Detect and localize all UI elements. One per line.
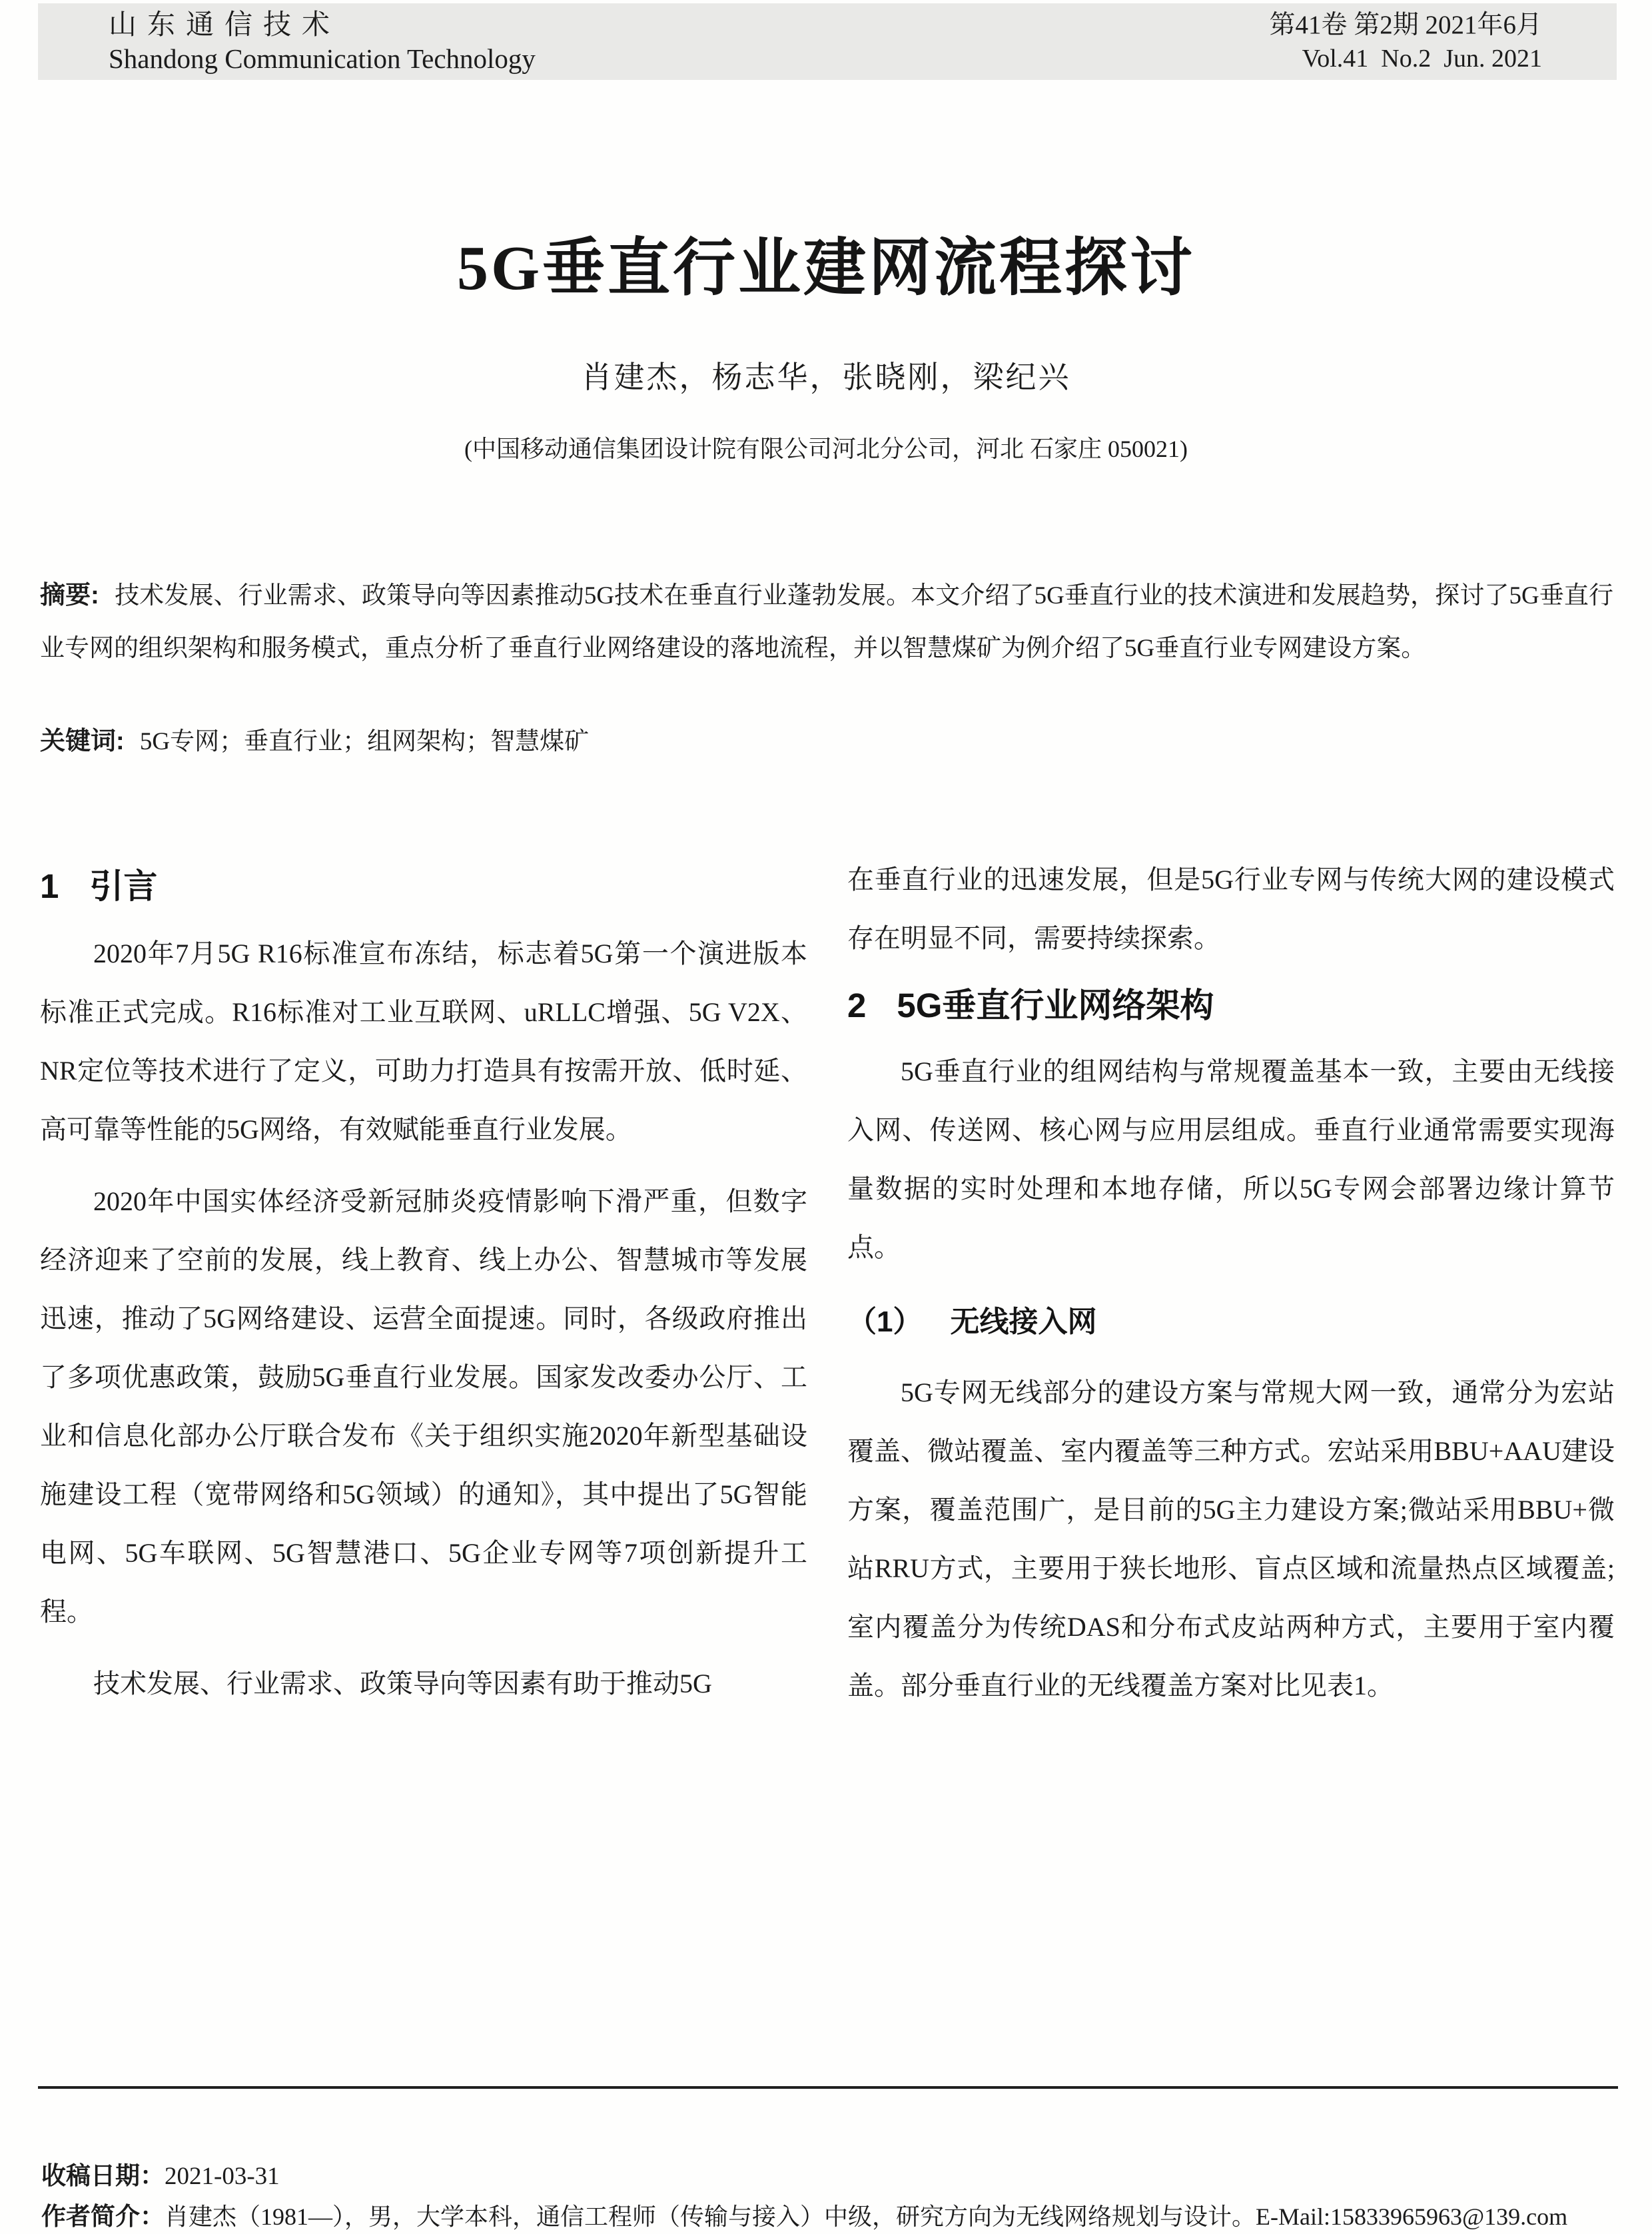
- paragraph-3-right: 在垂直行业的迅速发展，但是5G行业专网与传统大网的建设模式存在明显不同，需要持续…: [847, 851, 1615, 968]
- abstract-text: 技术发展、行业需求、政策导向等因素推动5G技术在垂直行业蓬勃发展。本文介绍了5G…: [40, 582, 1613, 662]
- footer-rule: [38, 2086, 1618, 2089]
- subsection-1-heading: （1）无线接入网: [847, 1303, 1615, 1341]
- subsection-1-title: 无线接入网: [950, 1305, 1096, 1338]
- author-bio-line: 作者简介：肖建杰（1981—），男，大学本科，通信工程师（传输与接入）中级，研究…: [41, 2196, 1640, 2232]
- received-date-line: 收稿日期：2021-03-31: [41, 2155, 1613, 2191]
- body-column-left: 1引言 2020年7月5G R16标准宣布冻结，标志着5G第一个演进版本标准正式…: [40, 866, 807, 1726]
- paragraph-1: 2020年7月5G R16标准宣布冻结，标志着5G第一个演进版本标准正式完成。R…: [40, 925, 807, 1159]
- received-date-value: 2021-03-31: [165, 2163, 280, 2190]
- article-affiliation: (中国移动通信集团设计院有限公司河北分公司，河北 石家庄 050021): [0, 430, 1652, 464]
- issue-info-cn: 第41卷 第2期 2021年6月: [1269, 9, 1542, 42]
- subsection-1-number: （1）: [847, 1305, 922, 1338]
- section-1-heading: 1引言: [40, 866, 807, 907]
- abstract-label: 摘要:: [40, 581, 99, 609]
- body-column-right: 在垂直行业的迅速发展，但是5G行业专网与传统大网的建设模式存在明显不同，需要持续…: [847, 851, 1615, 1728]
- paper-page: 山东通信技术 Shandong Communication Technology…: [0, 0, 1652, 2234]
- author-bio-text: 肖建杰（1981—），男，大学本科，通信工程师（传输与接入）中级，研究方向为无线…: [165, 2203, 1567, 2230]
- author-bio-label: 作者简介：: [41, 2203, 165, 2230]
- keywords-line: 关键词: 5G专网；垂直行业；组网架构；智慧煤矿: [40, 726, 1613, 757]
- section-2-heading: 25G垂直行业网络架构: [847, 985, 1615, 1026]
- journal-header-bar: 山东通信技术 Shandong Communication Technology…: [38, 3, 1617, 80]
- paragraph-3-left: 技术发展、行业需求、政策导向等因素有助于推动5G: [40, 1655, 807, 1713]
- section-2-title: 5G垂直行业网络架构: [897, 986, 1214, 1024]
- paragraph-2: 2020年中国实体经济受新冠肺炎疫情影响下滑严重，但数字经济迎来了空前的发展，线…: [40, 1172, 807, 1641]
- section-1-title: 引言: [89, 867, 157, 905]
- issue-info-block: 第41卷 第2期 2021年6月 Vol.41 No.2 Jun. 2021: [1269, 9, 1542, 75]
- journal-name-block: 山东通信技术 Shandong Communication Technology: [109, 9, 536, 75]
- keywords-text: 5G专网；垂直行业；组网架构；智慧煤矿: [140, 728, 589, 755]
- section-2-number: 2: [847, 986, 866, 1024]
- article-authors: 肖建杰，杨志华，张晓刚，梁纪兴: [0, 353, 1652, 397]
- section-1-number: 1: [40, 867, 59, 905]
- issue-info-en: Vol.41 No.2 Jun. 2021: [1269, 42, 1542, 75]
- paragraph-4: 5G垂直行业的组网结构与常规覆盖基本一致，主要由无线接入网、传送网、核心网与应用…: [847, 1042, 1615, 1277]
- abstract-paragraph: 摘要: 技术发展、行业需求、政策导向等因素推动5G技术在垂直行业蓬勃发展。本文介…: [40, 569, 1613, 675]
- received-date-label: 收稿日期：: [41, 2162, 165, 2189]
- journal-name-cn: 山东通信技术: [109, 9, 536, 42]
- journal-name-en: Shandong Communication Technology: [109, 42, 536, 75]
- paragraph-5: 5G专网无线部分的建设方案与常规大网一致，通常分为宏站覆盖、微站覆盖、室内覆盖等…: [847, 1363, 1615, 1715]
- keywords-label: 关键词:: [40, 727, 125, 755]
- article-title: 5G垂直行业建网流程探讨: [0, 217, 1652, 307]
